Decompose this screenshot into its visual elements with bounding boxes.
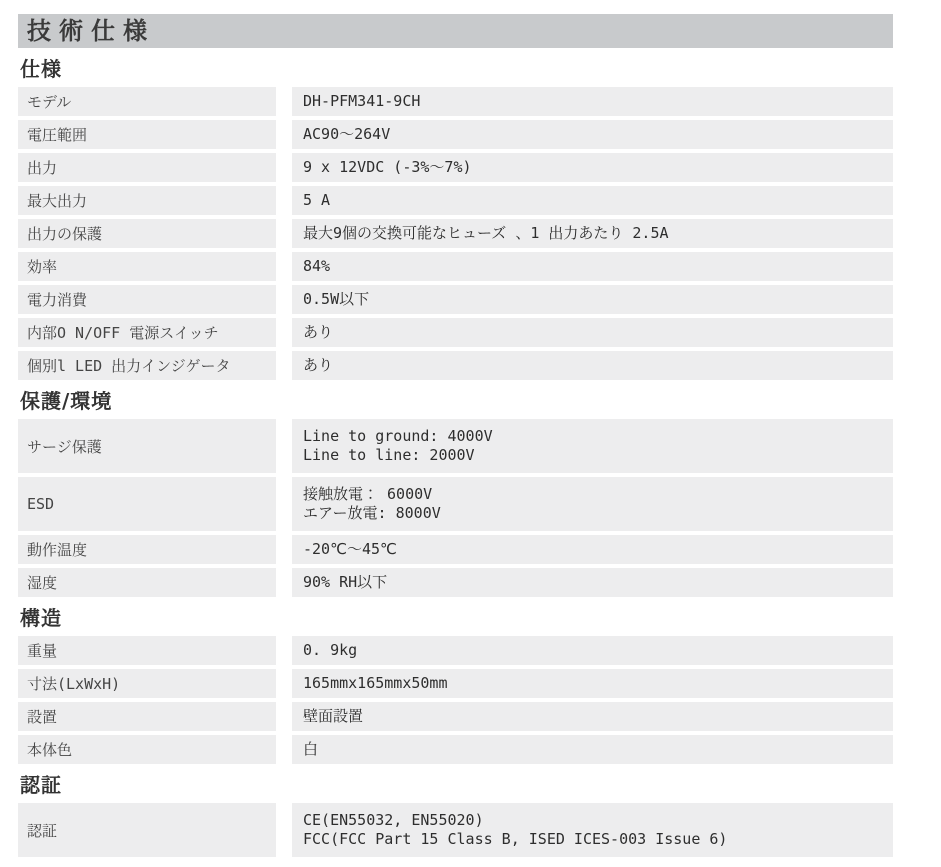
spec-row: 電圧範囲AC90～264V [18,120,893,149]
spec-table: 重量0. 9kg寸法(LxWxH)165mmx165mmx50mm設置壁面設置本… [18,636,893,764]
spec-value: 5 A [292,186,893,215]
spec-section: 認証認証CE(EN55032, EN55020) FCC(FCC Part 15… [18,772,893,857]
spec-row: 効率84% [18,252,893,281]
spec-section: 保護/環境サージ保護Line to ground: 4000V Line to … [18,388,893,597]
spec-row: 本体色白 [18,735,893,764]
spec-label: 出力の保護 [18,219,276,248]
spec-label: モデル [18,87,276,116]
page-title: 技術仕様 [27,19,155,43]
spec-row: 認証CE(EN55032, EN55020) FCC(FCC Part 15 C… [18,803,893,857]
section-heading: 構造 [20,605,893,631]
spec-label: 本体色 [18,735,276,764]
spec-value: 白 [292,735,893,764]
spec-label: 最大出力 [18,186,276,215]
spec-row: 最大出力5 A [18,186,893,215]
spec-value: 165mmx165mmx50mm [292,669,893,698]
spec-table: モデルDH-PFM341-9CH電圧範囲AC90～264V出力9 x 12VDC… [18,87,893,380]
spec-row: 内部O N/OFF 電源スイッチあり [18,318,893,347]
spec-label: 動作温度 [18,535,276,564]
spec-row: 動作温度-20℃～45℃ [18,535,893,564]
spec-row: 重量0. 9kg [18,636,893,665]
page-title-bar: 技術仕様 [18,14,893,48]
spec-row: 電力消費0.5W以下 [18,285,893,314]
spec-table: 認証CE(EN55032, EN55020) FCC(FCC Part 15 C… [18,803,893,857]
spec-label: 設置 [18,702,276,731]
spec-value: あり [292,351,893,380]
spec-row: 個別l LED 出力インジゲータあり [18,351,893,380]
sections-container: 仕様モデルDH-PFM341-9CH電圧範囲AC90～264V出力9 x 12V… [18,56,893,857]
spec-value: AC90～264V [292,120,893,149]
spec-value: 84% [292,252,893,281]
spec-value: 90% RH以下 [292,568,893,597]
spec-label: ESD [18,477,276,531]
spec-row: 出力の保護最大9個の交換可能なヒューズ 、1 出力あたり 2.5A [18,219,893,248]
spec-label: 電力消費 [18,285,276,314]
spec-value: Line to ground: 4000V Line to line: 2000… [292,419,893,473]
spec-value: 0.5W以下 [292,285,893,314]
spec-value: DH-PFM341-9CH [292,87,893,116]
spec-page: 技術仕様 仕様モデルDH-PFM341-9CH電圧範囲AC90～264V出力9 … [18,0,893,857]
spec-row: 設置壁面設置 [18,702,893,731]
spec-value: 0. 9kg [292,636,893,665]
spec-section: 仕様モデルDH-PFM341-9CH電圧範囲AC90～264V出力9 x 12V… [18,56,893,380]
section-heading: 仕様 [20,56,893,82]
spec-table: サージ保護Line to ground: 4000V Line to line:… [18,419,893,597]
spec-label: 電圧範囲 [18,120,276,149]
section-heading: 認証 [20,772,893,798]
spec-row: 寸法(LxWxH)165mmx165mmx50mm [18,669,893,698]
spec-label: 個別l LED 出力インジゲータ [18,351,276,380]
spec-label: サージ保護 [18,419,276,473]
spec-value: あり [292,318,893,347]
section-heading: 保護/環境 [20,388,893,414]
spec-value: 接触放電： 6000V エアー放電: 8000V [292,477,893,531]
spec-label: 内部O N/OFF 電源スイッチ [18,318,276,347]
spec-label: 効率 [18,252,276,281]
spec-label: 認証 [18,803,276,857]
spec-row: 出力9 x 12VDC (-3%～7%) [18,153,893,182]
spec-section: 構造重量0. 9kg寸法(LxWxH)165mmx165mmx50mm設置壁面設… [18,605,893,764]
spec-value: 最大9個の交換可能なヒューズ 、1 出力あたり 2.5A [292,219,893,248]
spec-label: 寸法(LxWxH) [18,669,276,698]
spec-value: 壁面設置 [292,702,893,731]
spec-row: ESD接触放電： 6000V エアー放電: 8000V [18,477,893,531]
spec-value: CE(EN55032, EN55020) FCC(FCC Part 15 Cla… [292,803,893,857]
spec-label: 湿度 [18,568,276,597]
spec-row: 湿度90% RH以下 [18,568,893,597]
spec-row: サージ保護Line to ground: 4000V Line to line:… [18,419,893,473]
spec-value: -20℃～45℃ [292,535,893,564]
spec-label: 出力 [18,153,276,182]
spec-row: モデルDH-PFM341-9CH [18,87,893,116]
spec-value: 9 x 12VDC (-3%～7%) [292,153,893,182]
spec-label: 重量 [18,636,276,665]
